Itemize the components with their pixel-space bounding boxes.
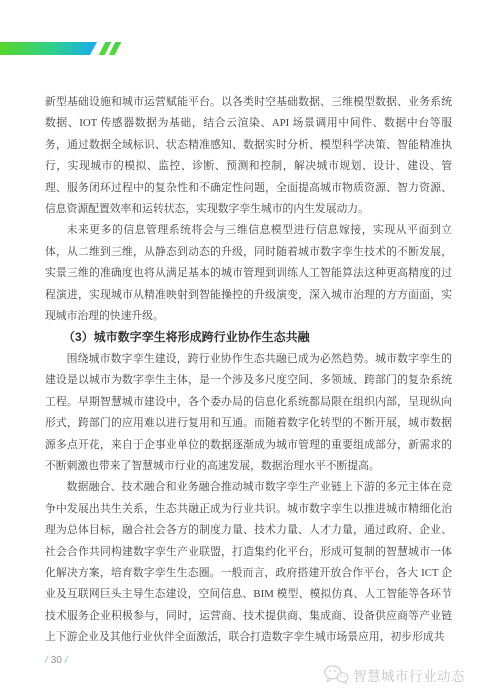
wechat-icon bbox=[323, 664, 349, 685]
gradient-bar bbox=[0, 42, 97, 55]
paragraph: 围绕城市数字孪生建设，跨行业协作生态共融已成为必然趋势。城市数字孪生的建设是以城… bbox=[45, 349, 452, 477]
watermark-label: 智慧城市行业动态 bbox=[353, 665, 465, 685]
slash-icon bbox=[109, 42, 122, 55]
page-number-value: 30 bbox=[51, 655, 62, 666]
document-page: 新型基础设施和城市运营赋能平台。以各类时空基础数据、三维模型数据、业务系统数据、… bbox=[0, 0, 496, 700]
page-number-open-slash: / bbox=[45, 655, 48, 666]
page-number-close-slash: / bbox=[65, 655, 68, 666]
paragraph: 未来更多的信息管理系统将会与三维信息模型进行信息嫁接，实现从平面到立体，从二维到… bbox=[45, 220, 452, 327]
watermark: 智慧城市行业动态 bbox=[323, 664, 465, 685]
paragraph: 数据融合、技术融合和业务融合推动城市数字孪生产业链上下游的多元主体在竞争中发展出… bbox=[45, 477, 452, 648]
section-heading: （3）城市数字孪生将形成跨行业协作生态共融 bbox=[45, 327, 452, 348]
page-number: /30/ bbox=[45, 654, 68, 667]
document-body: 新型基础设施和城市运营赋能平台。以各类时空基础数据、三维模型数据、业务系统数据、… bbox=[45, 92, 452, 650]
paragraph-continuation: 新型基础设施和城市运营赋能平台。以各类时空基础数据、三维模型数据、业务系统数据、… bbox=[45, 92, 452, 220]
